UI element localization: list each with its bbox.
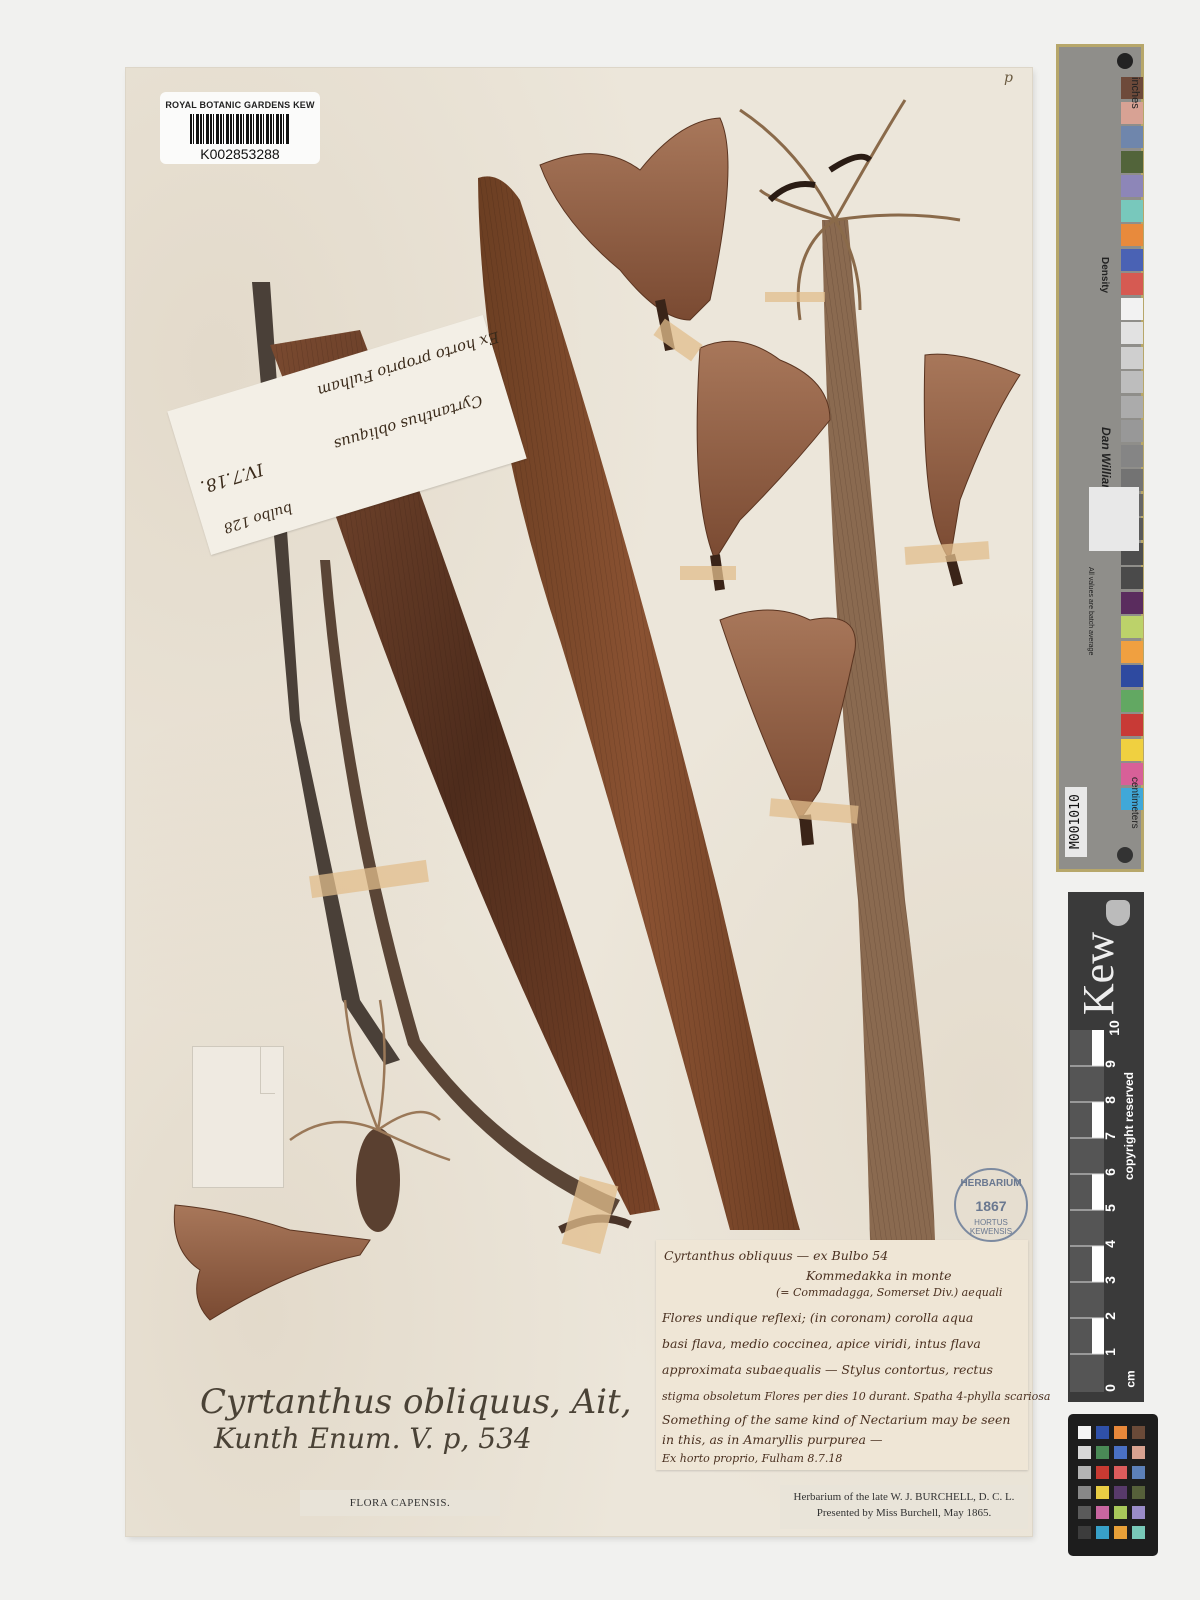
- provenance-line-2: Presented by Miss Burchell, May 1865.: [780, 1505, 1028, 1521]
- color-swatch: [1114, 1426, 1127, 1439]
- color-patch: [1121, 396, 1143, 418]
- scale-tick-label: 6: [1102, 1168, 1118, 1176]
- provenance-label: Herbarium of the late W. J. BURCHELL, D.…: [780, 1485, 1028, 1529]
- color-patch: [1121, 347, 1143, 369]
- unit-inches: inches: [1129, 77, 1141, 109]
- stamp-year: 1867: [956, 1198, 1026, 1214]
- color-patch: [1121, 126, 1143, 148]
- herbarium-stamp: HERBARIUM 1867 HORTUS KEWENSIS: [954, 1168, 1028, 1242]
- scale-tick-label: 0: [1102, 1384, 1118, 1392]
- color-patch: [1121, 371, 1143, 393]
- scale-ruler: [1070, 1030, 1104, 1392]
- footnote: All values are batch average: [1087, 567, 1094, 655]
- unit-centimeters: centimeters: [1129, 777, 1140, 829]
- color-patch: [1121, 690, 1143, 712]
- determination-reference: Kunth Enum. V. p, 534: [214, 1422, 632, 1455]
- kew-logo: Kew: [1074, 932, 1124, 1015]
- color-swatch: [1078, 1506, 1091, 1519]
- color-patch: [1121, 200, 1143, 222]
- color-swatch: [1078, 1446, 1091, 1459]
- color-patch: [1121, 249, 1143, 271]
- determination-name: Cyrtanthus obliquus, Ait,: [200, 1382, 632, 1422]
- color-patch: [1121, 224, 1143, 246]
- color-swatch: [1132, 1526, 1145, 1539]
- color-patch: [1121, 273, 1143, 295]
- tape-strip: [765, 292, 825, 302]
- provenance-line-1: Herbarium of the late W. J. BURCHELL, D.…: [780, 1489, 1028, 1505]
- crest-icon: [1106, 900, 1130, 926]
- color-checker-card: [1068, 1414, 1158, 1556]
- color-patch: [1121, 739, 1143, 761]
- color-swatch: [1114, 1526, 1127, 1539]
- stamp-top: HERBARIUM: [956, 1178, 1026, 1189]
- color-swatch: [1096, 1506, 1109, 1519]
- fragment-packet: [192, 1046, 284, 1188]
- color-patch: [1121, 567, 1143, 589]
- color-swatch: [1078, 1426, 1091, 1439]
- color-swatch: [1114, 1486, 1127, 1499]
- color-swatch: [1132, 1466, 1145, 1479]
- color-patch: [1121, 445, 1143, 467]
- slip-bulb: bulbo 128: [221, 500, 294, 536]
- color-patch: [1121, 322, 1143, 344]
- density-label: Density: [1099, 257, 1110, 293]
- color-patch: [1121, 298, 1143, 320]
- color-swatch: [1132, 1506, 1145, 1519]
- color-calibration-bar: Density Dan Williams All values are batc…: [1056, 44, 1144, 872]
- color-patch: [1121, 641, 1143, 663]
- color-patch: [1121, 714, 1143, 736]
- field-note-label: Cyrtanthus obliquus — ex Bulbo 54 Kommed…: [656, 1240, 1028, 1470]
- color-patch: [1121, 175, 1143, 197]
- scale-tick-label: 7: [1102, 1132, 1118, 1140]
- scale-tick-label: 1: [1102, 1348, 1118, 1356]
- color-patch: [1121, 665, 1143, 687]
- note-line: Ex horto proprio, Fulham 8.7.18: [662, 1452, 842, 1465]
- note-line: Cyrtanthus obliquus — ex Bulbo 54: [664, 1248, 888, 1263]
- scale-tick-label: 9: [1102, 1060, 1118, 1068]
- note-line: basi flava, medio coccinea, apice viridi…: [662, 1336, 981, 1351]
- color-patch: [1121, 592, 1143, 614]
- determination: Cyrtanthus obliquus, Ait, Kunth Enum. V.…: [200, 1382, 632, 1455]
- color-swatch: [1078, 1526, 1091, 1539]
- copyright-text: copyright reserved: [1122, 1072, 1136, 1180]
- color-swatch: [1096, 1486, 1109, 1499]
- kew-scale-bar: Kew copyright reserved 109876543210 cm: [1068, 892, 1144, 1402]
- registration-dot: [1117, 847, 1133, 863]
- scale-tick-label: 4: [1102, 1240, 1118, 1248]
- color-patch: [1121, 616, 1143, 638]
- slip-date: IV.7.18.: [198, 459, 266, 497]
- color-swatch: [1078, 1466, 1091, 1479]
- scale-unit: cm: [1124, 1370, 1138, 1387]
- color-swatch: [1114, 1466, 1127, 1479]
- flora-label: FLORA CAPENSIS.: [300, 1490, 500, 1516]
- color-patch: [1121, 420, 1143, 442]
- color-swatch: [1096, 1446, 1109, 1459]
- tape-strip: [680, 566, 736, 580]
- scale-tick-label: 8: [1102, 1096, 1118, 1104]
- scale-tick-label: 2: [1102, 1312, 1118, 1320]
- color-swatch: [1132, 1426, 1145, 1439]
- note-line: Flores undique reflexi; (in coronam) cor…: [662, 1310, 973, 1325]
- color-swatch: [1096, 1466, 1109, 1479]
- note-line: (= Commadagga, Somerset Div.) aequali: [776, 1286, 1002, 1299]
- slip-taxon: Cyrtanthus obliquus: [332, 391, 485, 453]
- color-swatch: [1096, 1526, 1109, 1539]
- note-line: stigma obsoletum Flores per dies 10 dura…: [662, 1390, 1050, 1403]
- color-swatch: [1096, 1426, 1109, 1439]
- color-swatch: [1114, 1446, 1127, 1459]
- reference-id: M001010: [1065, 787, 1087, 857]
- resolution-target: [1089, 487, 1139, 551]
- scale-tick-label: 10: [1106, 1020, 1122, 1036]
- note-line: Something of the same kind of Nectarium …: [662, 1412, 1010, 1427]
- stamp-bottom: HORTUS KEWENSIS: [956, 1218, 1026, 1236]
- color-swatch: [1132, 1446, 1145, 1459]
- scale-tick-label: 5: [1102, 1204, 1118, 1212]
- color-patch: [1121, 151, 1143, 173]
- note-line: approximata subaequalis — Stylus contort…: [662, 1362, 993, 1377]
- color-swatch: [1078, 1486, 1091, 1499]
- registration-dot: [1117, 53, 1133, 69]
- note-line: Kommedakka in monte: [806, 1268, 952, 1283]
- note-line: in this, as in Amaryllis purpurea —: [662, 1432, 882, 1447]
- color-swatch: [1114, 1506, 1127, 1519]
- scale-tick-label: 3: [1102, 1276, 1118, 1284]
- color-swatch: [1132, 1486, 1145, 1499]
